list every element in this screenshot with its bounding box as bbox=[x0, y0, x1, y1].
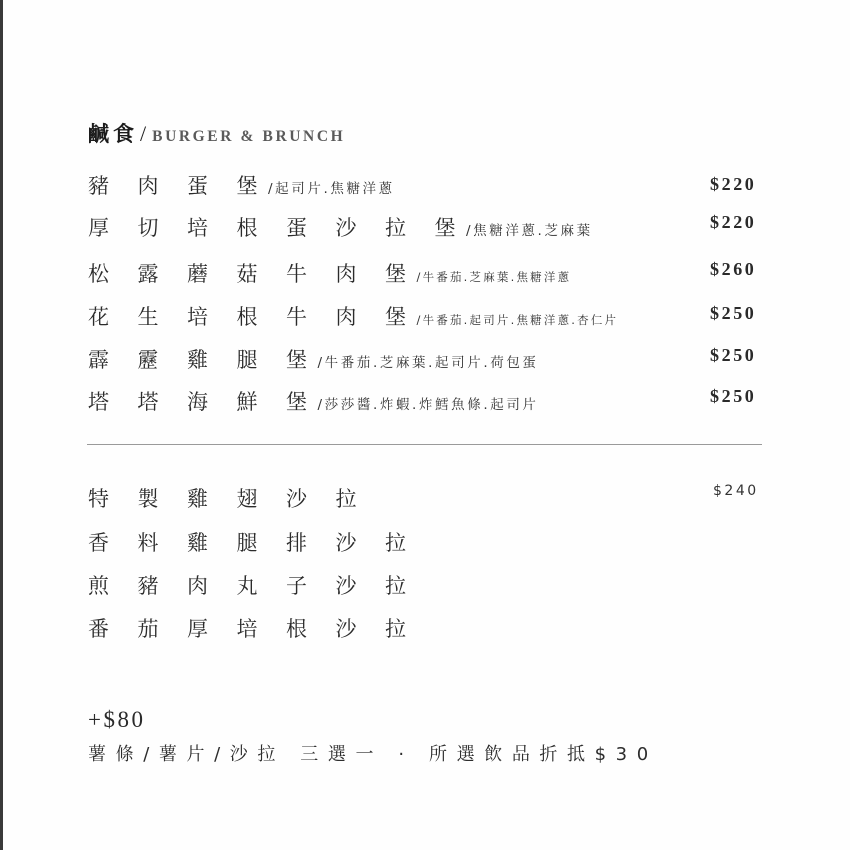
item-name: 特製雞翅沙拉 bbox=[88, 483, 385, 513]
item-description: /牛番茄.芝麻葉.焦糖洋蔥 bbox=[417, 269, 572, 285]
section-divider bbox=[87, 444, 762, 445]
item-description: /莎莎醬.炸蝦.炸鱈魚條.起司片 bbox=[318, 393, 539, 413]
menu-item-burger: 松露蘑菇牛肉堡 /牛番茄.芝麻葉.焦糖洋蔥 bbox=[88, 258, 571, 288]
addon-description: 薯條/薯片/沙拉 三選一 · 所選飲品折抵$30 bbox=[88, 740, 658, 766]
item-name: 花生培根牛肉堡 bbox=[88, 301, 435, 331]
item-description: /起司片.焦糖洋蔥 bbox=[268, 177, 395, 197]
menu-item-salad: 特製雞翅沙拉 bbox=[88, 483, 385, 513]
heading-slash: / bbox=[140, 121, 146, 147]
item-description: /牛番茄.起司片.焦糖洋蔥.杏仁片 bbox=[417, 312, 619, 328]
section-title-zh: 鹹食 bbox=[88, 118, 138, 148]
item-price: $250 bbox=[710, 345, 756, 366]
item-description: /牛番茄.芝麻葉.起司片.荷包蛋 bbox=[318, 351, 539, 371]
item-name: 煎豬肉丸子沙拉 bbox=[88, 570, 435, 600]
menu-item-burger: 豬肉蛋堡 /起司片.焦糖洋蔥 bbox=[88, 170, 395, 200]
menu-item-burger: 花生培根牛肉堡 /牛番茄.起司片.焦糖洋蔥.杏仁片 bbox=[88, 301, 618, 331]
salad-price: $240 bbox=[713, 483, 759, 499]
menu-item-burger: 厚切培根蛋沙拉堡 /焦糖洋蔥.芝麻葉 bbox=[88, 212, 593, 242]
menu-item-salad: 番茄厚培根沙拉 bbox=[88, 613, 435, 643]
menu-item-salad: 香料雞腿排沙拉 bbox=[88, 527, 435, 557]
item-name: 塔塔海鮮堡 bbox=[88, 386, 336, 416]
addon-price: +$80 bbox=[88, 707, 145, 733]
item-name: 番茄厚培根沙拉 bbox=[88, 613, 435, 643]
item-price: $250 bbox=[710, 386, 756, 407]
item-name: 香料雞腿排沙拉 bbox=[88, 527, 435, 557]
section-title-en: BURGER & BRUNCH bbox=[152, 128, 345, 146]
menu-item-salad: 煎豬肉丸子沙拉 bbox=[88, 570, 435, 600]
menu-item-burger: 塔塔海鮮堡 /莎莎醬.炸蝦.炸鱈魚條.起司片 bbox=[88, 386, 539, 416]
item-name: 豬肉蛋堡 bbox=[88, 170, 286, 200]
item-description: /焦糖洋蔥.芝麻葉 bbox=[466, 219, 593, 239]
item-name: 霹靂雞腿堡 bbox=[88, 344, 336, 374]
menu-item-burger: 霹靂雞腿堡 /牛番茄.芝麻葉.起司片.荷包蛋 bbox=[88, 344, 539, 374]
item-name: 厚切培根蛋沙拉堡 bbox=[88, 212, 484, 242]
item-price: $260 bbox=[710, 259, 756, 280]
item-price: $250 bbox=[710, 303, 756, 324]
section-heading: 鹹食 / BURGER & BRUNCH bbox=[88, 118, 345, 148]
item-price: $220 bbox=[710, 212, 756, 233]
item-name: 松露蘑菇牛肉堡 bbox=[88, 258, 435, 288]
page-left-border bbox=[0, 0, 3, 850]
item-price: $220 bbox=[710, 174, 756, 195]
